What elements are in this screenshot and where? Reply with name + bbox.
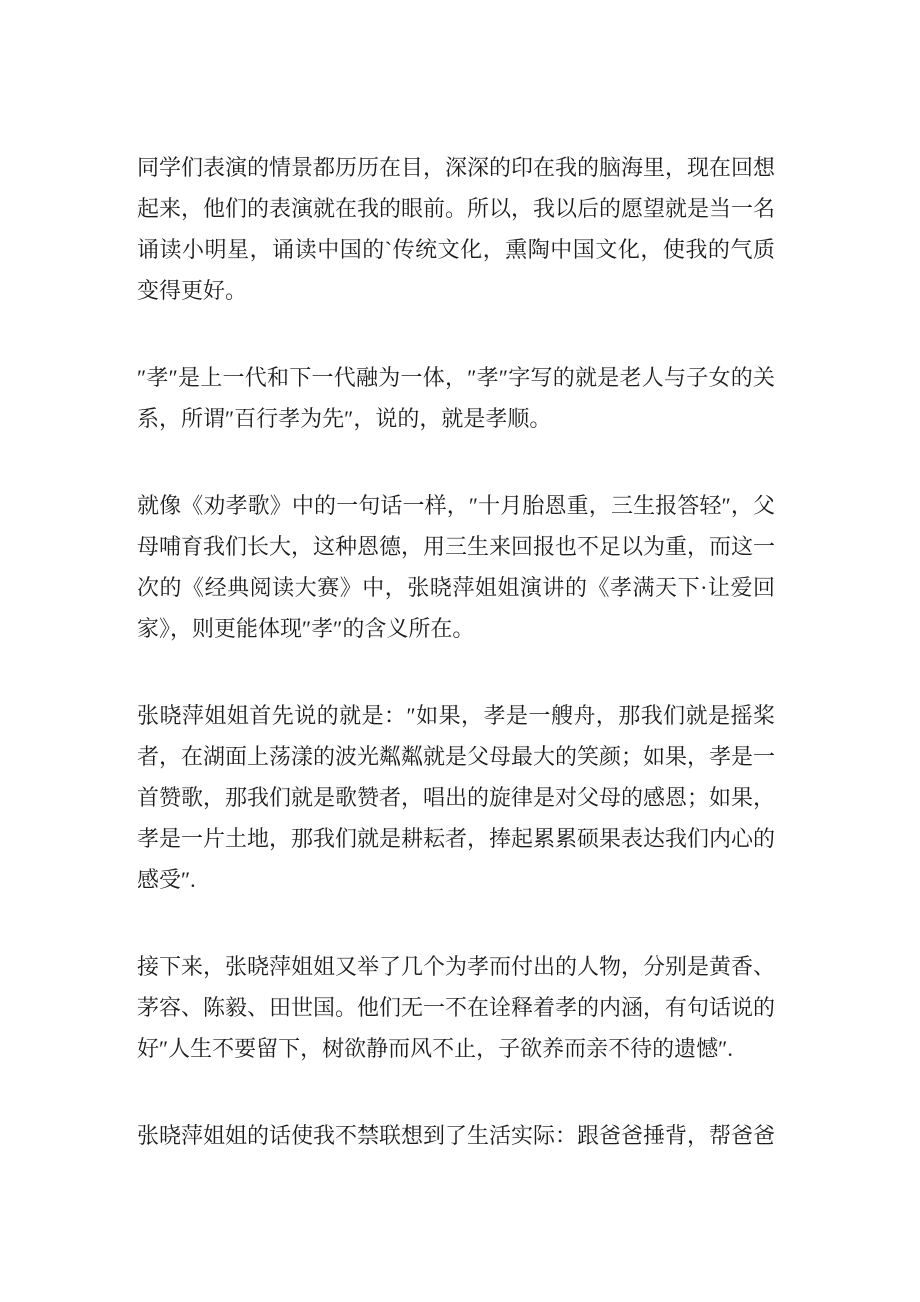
paragraph-filial-figures: 接下来，张晓萍姐姐又举了几个为孝而付出的人物，分别是黄香、茅容、陈毅、田世国。他… [137,946,775,1069]
document-page: 同学们表演的情景都历历在目，深深的印在我的脑海里，现在回想起来，他们的表演就在我… [0,0,920,1156]
paragraph-speech-metaphors: 张晓萍姐姐首先说的就是：″如果，孝是一艘舟，那我们就是摇桨者，在湖面上荡漾的波光… [137,695,775,900]
paragraph-real-life: 张晓萍姐姐的话使我不禁联想到了生活实际：跟爸爸捶背，帮爸爸 [137,1115,775,1156]
paragraph-xiao-definition: ″孝″是上一代和下一代融为一体，″孝″字写的就是老人与子女的关系，所谓″百行孝为… [137,357,775,439]
paragraph-quan-xiao-ge: 就像《劝孝歌》中的一句话一样，″十月胎恩重，三生报答轻″，父母哺育我们长大，这种… [137,485,775,649]
paragraph-wish-recitation: 同学们表演的情景都历历在目，深深的印在我的脑海里，现在回想起来，他们的表演就在我… [137,147,775,311]
